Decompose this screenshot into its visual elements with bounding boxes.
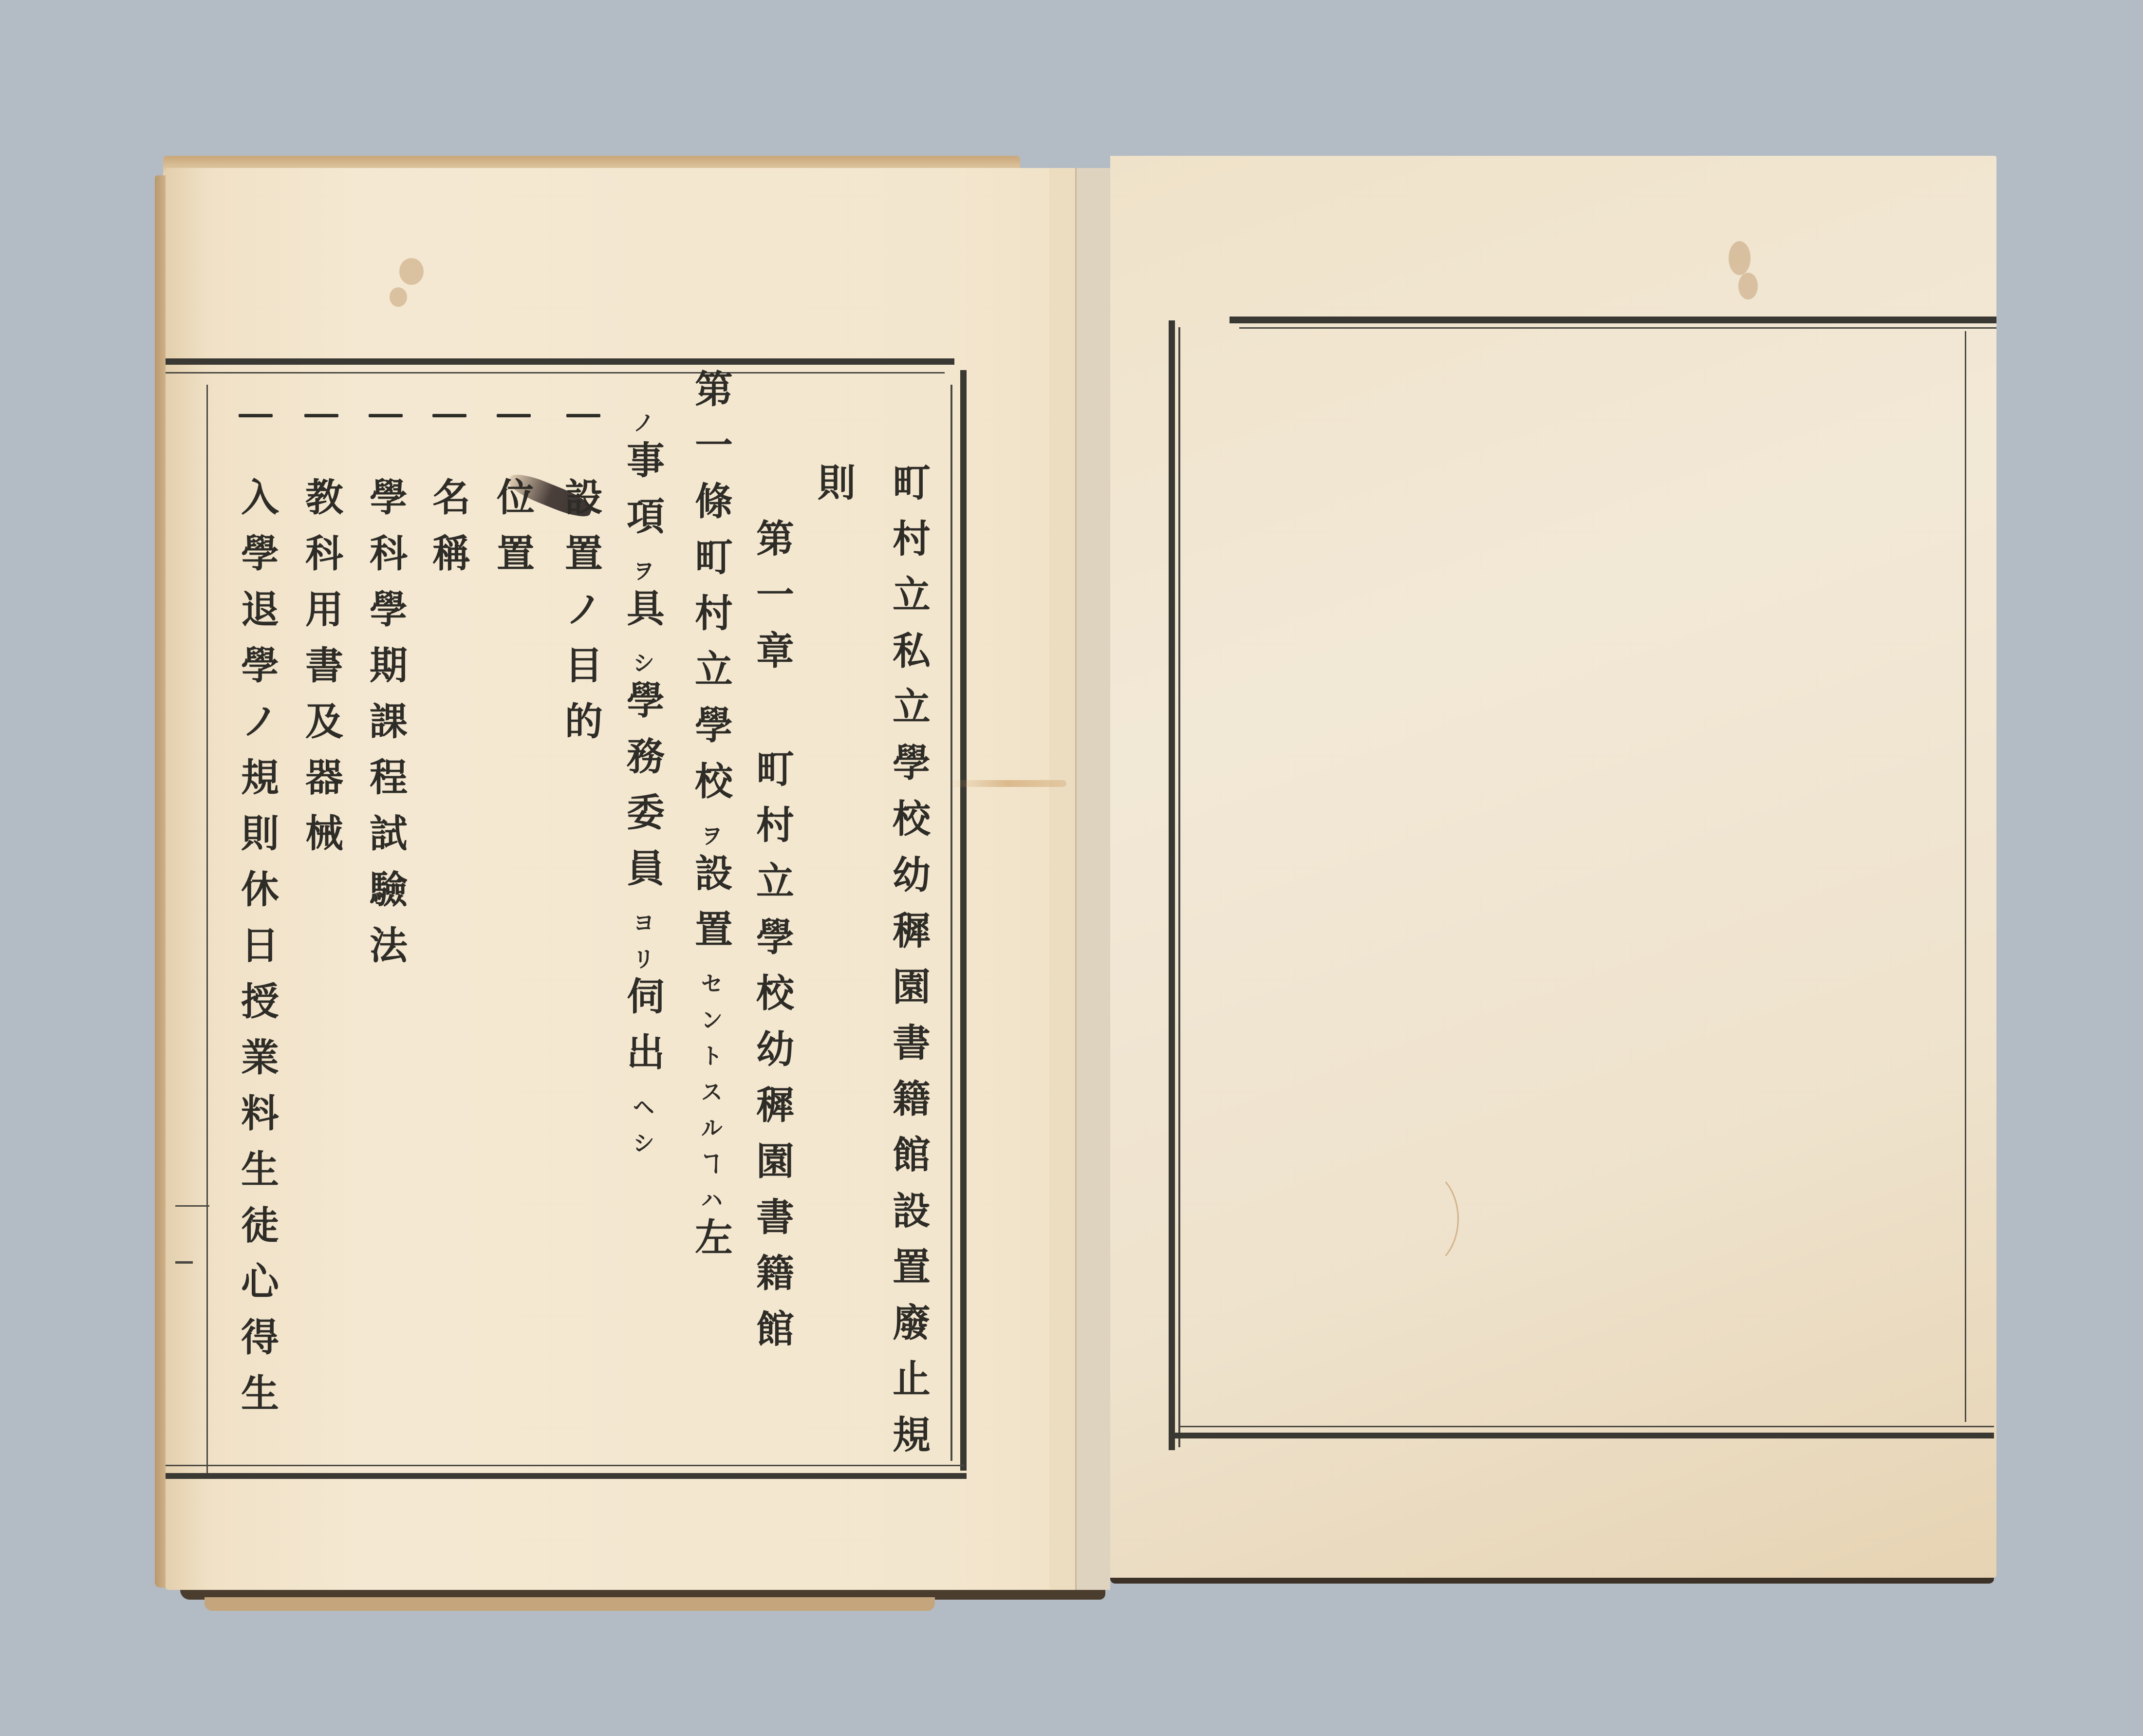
- gutter-strip-translucent: [1076, 168, 1110, 1590]
- title-continuation-column: 則: [814, 463, 852, 519]
- item-6-bullet: [239, 414, 273, 417]
- item-3-bullet: [432, 414, 466, 417]
- hair-artifact: [1383, 1169, 1459, 1269]
- item-5-bullet: [304, 414, 338, 417]
- chapter-heading-column: 第一章 町村立學校幼穉園書籍館: [753, 519, 791, 1365]
- right-frame-right-thin: [1965, 331, 1966, 1422]
- stain-left-top: [399, 258, 424, 285]
- gutter-fold-line: [1075, 168, 1077, 1590]
- stain-right-top-2: [1738, 273, 1758, 299]
- article-1-continuation-column: ノ事項ヲ具シ學務委員ヨリ伺出ヘシ: [623, 404, 661, 1160]
- gutter-strip: [1049, 168, 1076, 1590]
- item-1-text: 設置ノ目的: [561, 477, 599, 757]
- item-4-text: 學科學期課程試驗法: [366, 477, 404, 981]
- item-3-text: 名稱: [429, 477, 467, 589]
- left-frame-top-thick: [166, 358, 954, 365]
- item-2-text: 位置: [493, 477, 531, 589]
- article-1-column: 第一條町村立學校ヲ設置セントスルヿハ左: [691, 369, 729, 1273]
- item-6-text: 入學退學ノ規則休日授業料生徒心得生: [238, 477, 276, 1429]
- item-2-bullet: [497, 414, 531, 417]
- fold-mark-lower: [175, 1261, 193, 1264]
- right-frame-bottom-thin: [1178, 1426, 1994, 1427]
- left-frame-right-thick: [960, 370, 967, 1471]
- right-frame-top-thin: [1239, 327, 1996, 329]
- title-column: 町村立私立學校幼穉園書籍館設置廢止規: [889, 463, 927, 1471]
- right-frame-left-thin: [1178, 327, 1180, 1447]
- right-frame-bottom-thick: [1169, 1433, 1994, 1438]
- paper-tear-crease: [950, 780, 1066, 787]
- right-frame-left-thick: [1169, 320, 1175, 1450]
- stain-left-top-2: [390, 287, 407, 307]
- left-frame-top-thin: [166, 372, 945, 373]
- left-frame-bottom-thin: [166, 1465, 964, 1466]
- left-frame-bottom-thick: [166, 1473, 967, 1479]
- item-1-bullet: [566, 414, 600, 417]
- left-frame-right-thin: [950, 385, 952, 1461]
- left-frame-left-thin: [206, 385, 208, 1475]
- stain-right-top: [1729, 241, 1751, 275]
- page-stack-bottom-tab: [205, 1597, 935, 1611]
- fold-mark-upper: [175, 1205, 209, 1207]
- right-frame-top-thick: [1230, 317, 1996, 323]
- right-page: [1110, 156, 1996, 1578]
- item-5-text: 教科用書及器械: [302, 477, 340, 869]
- item-4-bullet: [369, 414, 403, 417]
